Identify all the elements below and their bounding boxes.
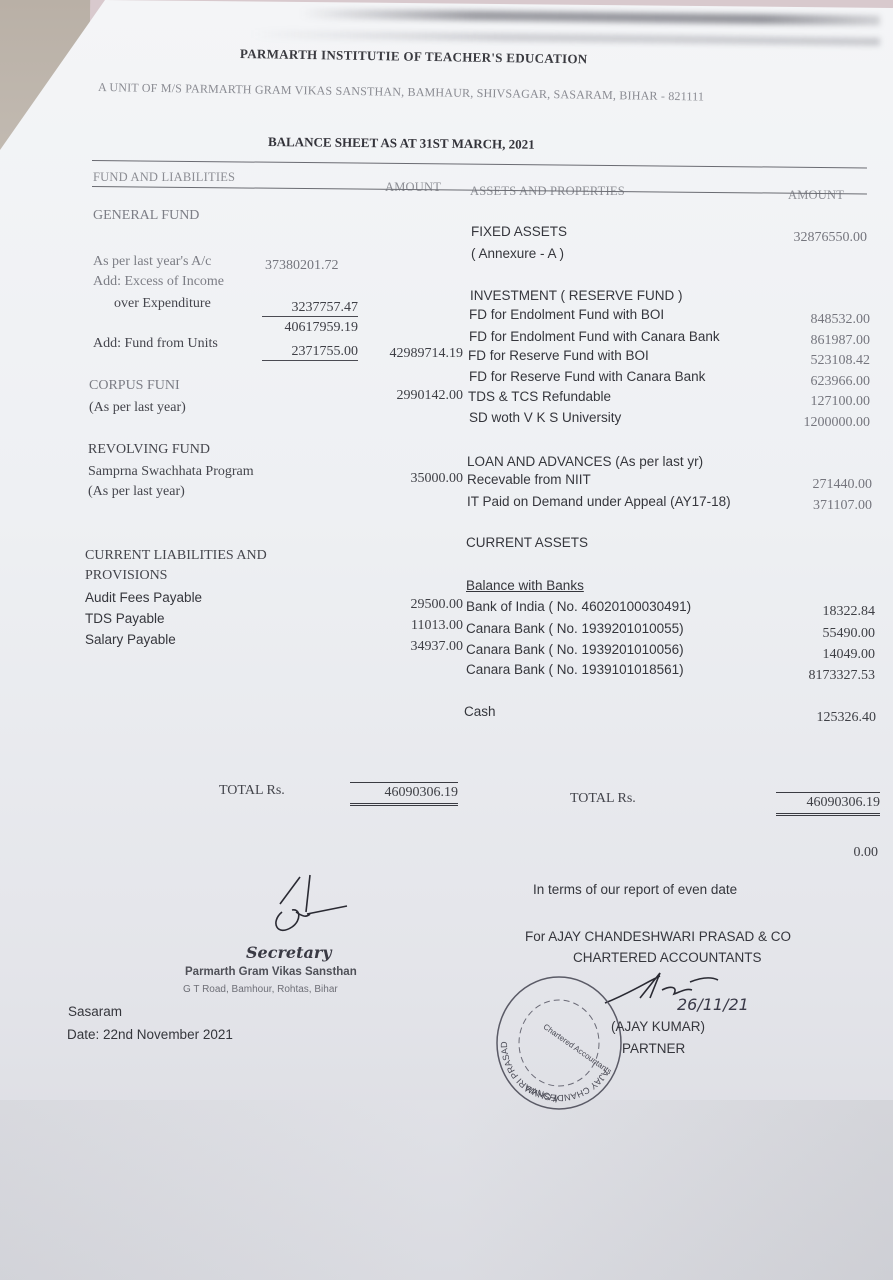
corpus-fund-total: 2990142.00: [368, 388, 463, 404]
blurred-text-strip: [250, 30, 880, 46]
bank-account-value: 18322.84: [760, 604, 875, 620]
secretary-title: Secretary: [246, 943, 332, 962]
general-fund-heading: GENERAL FUND: [93, 208, 199, 224]
secretary-address: G T Road, Bamhour, Rohtas, Bihar: [183, 984, 338, 995]
investment-value: 861987.00: [760, 333, 870, 349]
auditor-firm: For AJAY CHANDESHWARI PRASAD & CO: [525, 929, 791, 944]
investment-value: 623966.00: [760, 374, 870, 390]
assets-amount-header: AMOUNT: [788, 188, 844, 203]
secretary-org: Parmarth Gram Vikas Sansthan: [185, 966, 357, 978]
loans-heading: LOAN AND ADVANCES (As per last yr): [467, 454, 703, 469]
loan-label: IT Paid on Demand under Appeal (AY17-18): [467, 494, 731, 509]
liabilities-header: FUND AND LIABILITIES: [93, 170, 235, 185]
revolving-fund-item: Samprna Swachhata Program: [88, 464, 254, 480]
investment-value: 848532.00: [760, 312, 870, 328]
investment-label: TDS & TCS Refundable: [468, 389, 611, 404]
bank-account-label: Canara Bank ( No. 1939101018561): [466, 662, 684, 677]
svg-text:Chartered Accountants: Chartered Accountants: [542, 1022, 614, 1076]
date: Date: 22nd November 2021: [67, 1027, 233, 1042]
current-assets-heading: CURRENT ASSETS: [466, 535, 588, 550]
loan-label: Recevable from NIIT: [467, 472, 591, 487]
fixed-assets-value: 32876550.00: [760, 230, 867, 246]
bank-account-value: 55490.00: [760, 626, 875, 642]
cash-label: Cash: [464, 704, 496, 719]
current-liability-label: Salary Payable: [85, 632, 176, 647]
auditor-type: CHARTERED ACCOUNTANTS: [573, 950, 762, 965]
bank-account-label: Canara Bank ( No. 1939201010055): [466, 621, 684, 636]
investment-label: FD for Endolment Fund with Canara Bank: [469, 329, 720, 344]
current-liability-value: 34937.00: [368, 639, 463, 655]
general-fund-subtotal: 40617959.19: [262, 320, 358, 336]
sheet-title: BALANCE SHEET AS AT 31ST MARCH, 2021: [268, 134, 535, 153]
fixed-assets-heading: FIXED ASSETS: [471, 224, 567, 239]
partner-name: (AJAY KUMAR): [611, 1019, 705, 1034]
bank-account-value: 14049.00: [760, 647, 875, 663]
liabilities-total-label: TOTAL Rs.: [219, 783, 285, 799]
last-year-label: As per last year's A/c: [93, 254, 211, 270]
current-liability-label: Audit Fees Payable: [85, 590, 202, 605]
revolving-fund-total: 35000.00: [368, 471, 463, 487]
auditor-note: In terms of our report of even date: [533, 882, 737, 897]
liabilities-amount-header: AMOUNT: [385, 180, 441, 195]
revolving-fund-note: (As per last year): [88, 484, 185, 500]
investment-label: FD for Reserve Fund with Canara Bank: [469, 369, 705, 384]
investment-label: SD woth V K S University: [469, 410, 621, 425]
corpus-fund-heading: CORPUS FUNI: [89, 378, 180, 394]
investment-value: 127100.00: [760, 394, 870, 410]
investment-heading: INVESTMENT ( RESERVE FUND ): [470, 288, 683, 303]
corpus-fund-note: (As per last year): [89, 400, 186, 416]
bank-account-label: Canara Bank ( No. 1939201010056): [466, 642, 684, 657]
investment-value: 523108.42: [760, 353, 870, 369]
investment-value: 1200000.00: [760, 415, 870, 431]
last-year-value: 37380201.72: [265, 258, 339, 274]
current-liability-label: TDS Payable: [85, 611, 165, 626]
place: Sasaram: [68, 1004, 122, 1019]
secretary-signature-icon: [262, 872, 352, 942]
chartered-accountants-seal-icon: AJAY CHANDESHWARI PRASAD Chartered Accou…: [493, 972, 625, 1114]
investment-label: FD for Reserve Fund with BOI: [468, 348, 649, 363]
assets-total-label: TOTAL Rs.: [570, 791, 636, 807]
fixed-assets-note: ( Annexure - A ): [471, 246, 564, 261]
bank-account-label: Bank of India ( No. 46020100030491): [466, 599, 691, 614]
bank-account-value: 8173327.53: [760, 668, 875, 684]
assets-total-value: 46090306.19: [776, 792, 880, 816]
cash-value: 125326.40: [760, 710, 876, 726]
difference-value: 0.00: [800, 845, 878, 861]
excess-label-2: over Expenditure: [114, 296, 211, 312]
current-liability-value: 11013.00: [368, 618, 463, 634]
signature-date: 26/11/21: [677, 995, 749, 1014]
current-liabilities-heading: CURRENT LIABILITIES AND: [85, 548, 267, 564]
partner-role: PARTNER: [622, 1041, 685, 1056]
balance-with-banks-heading: Balance with Banks: [466, 578, 584, 593]
loan-value: 371107.00: [760, 498, 872, 514]
general-fund-total: 42989714.19: [368, 346, 463, 362]
units-value: 2371755.00: [262, 344, 358, 361]
units-label: Add: Fund from Units: [93, 336, 218, 352]
liabilities-total-value: 46090306.19: [350, 782, 458, 806]
loan-value: 271440.00: [760, 477, 872, 493]
excess-label: Add: Excess of Income: [93, 274, 224, 290]
investment-label: FD for Endolment Fund with BOI: [469, 307, 664, 322]
blurred-text-strip: [300, 8, 880, 25]
excess-value: 3237757.47: [262, 300, 358, 317]
current-liability-value: 29500.00: [368, 597, 463, 613]
provisions-heading: PROVISIONS: [85, 568, 167, 584]
revolving-fund-heading: REVOLVING FUND: [88, 442, 210, 458]
